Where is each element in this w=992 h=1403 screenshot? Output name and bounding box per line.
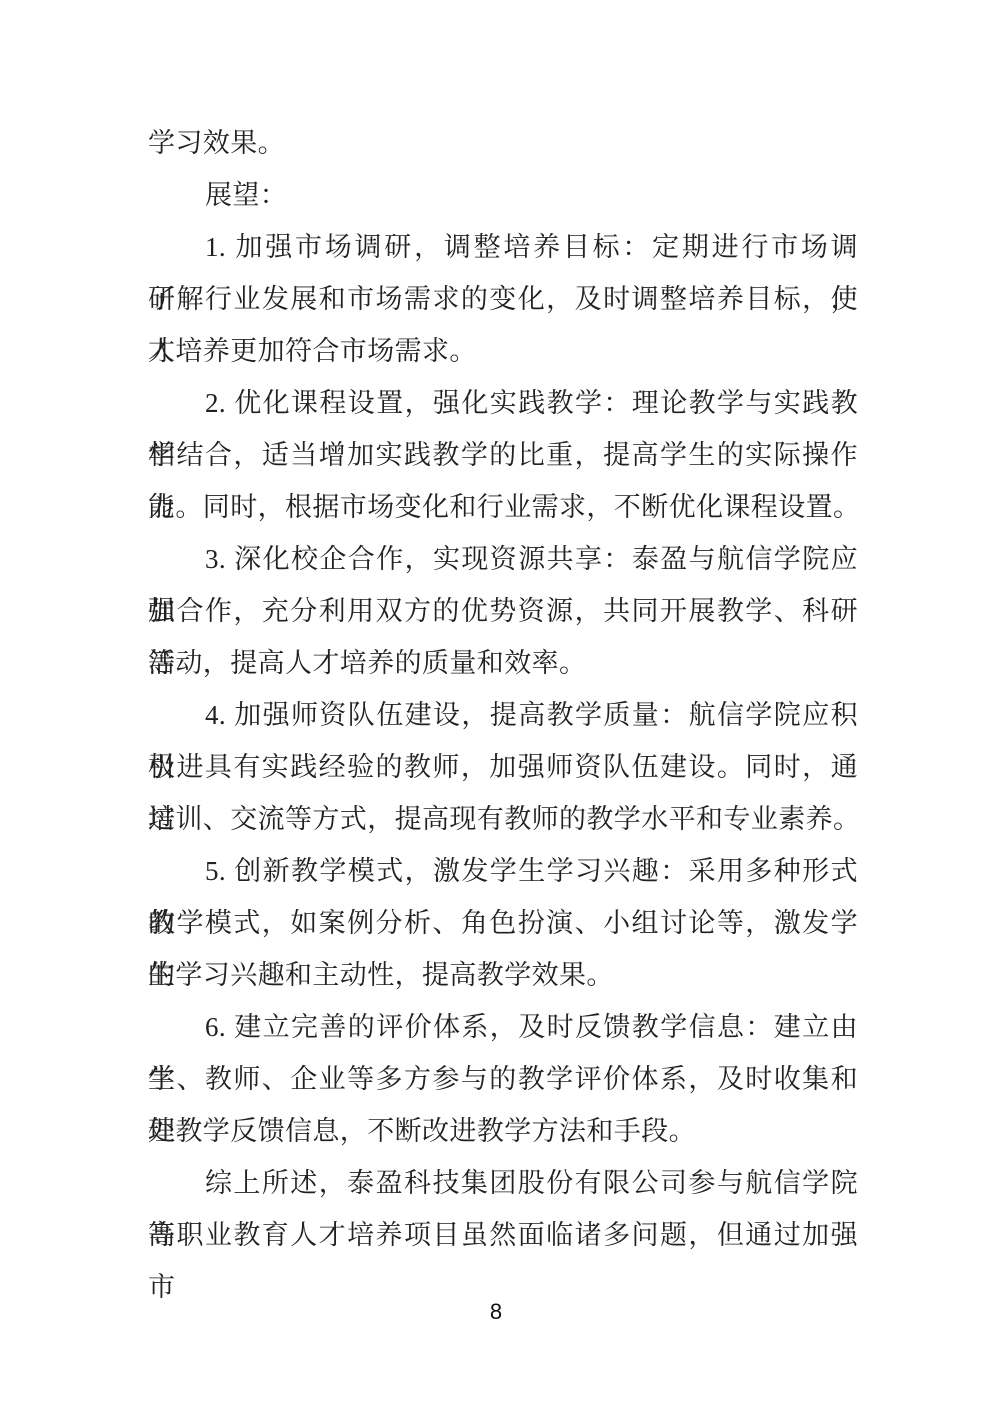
paragraph: 3. 深化校企合作，实现资源共享：泰盈与航信学院应加强合作，充分利用双方的优势资… <box>148 533 858 689</box>
text-line: 等职业教育人才培养项目虽然面临诸多问题，但通过加强市 <box>148 1209 858 1261</box>
document-page: 学习效果。展望：1. 加强市场调研，调整培养目标：定期进行市场调研，了解行业发展… <box>0 0 992 1403</box>
text-line: 才培养更加符合市场需求。 <box>148 325 858 377</box>
paragraph: 综上所述，泰盈科技集团股份有限公司参与航信学院高等职业教育人才培养项目虽然面临诸… <box>148 1157 858 1261</box>
text-line: 5. 创新教学模式，激发学生学习兴趣：采用多种形式的 <box>148 845 858 897</box>
paragraph: 4. 加强师资队伍建设，提高教学质量：航信学院应积极引进具有实践经验的教师，加强… <box>148 689 858 845</box>
text-line: 力。同时，根据市场变化和行业需求，不断优化课程设置。 <box>148 481 858 533</box>
paragraph: 学习效果。 <box>148 117 858 169</box>
paragraph: 2. 优化课程设置，强化实践教学：理论教学与实践教学相结合，适当增加实践教学的比… <box>148 377 858 533</box>
text-line: 6. 建立完善的评价体系，及时反馈教学信息：建立由学 <box>148 1001 858 1053</box>
text-line: 引进具有实践经验的教师，加强师资队伍建设。同时，通过 <box>148 741 858 793</box>
paragraph: 1. 加强市场调研，调整培养目标：定期进行市场调研，了解行业发展和市场需求的变化… <box>148 221 858 377</box>
text-line: 培训、交流等方式，提高现有教师的教学水平和专业素养。 <box>148 793 858 845</box>
paragraph: 5. 创新教学模式，激发学生学习兴趣：采用多种形式的教学模式，如案例分析、角色扮… <box>148 845 858 1001</box>
text-line: 生、教师、企业等多方参与的教学评价体系，及时收集和处 <box>148 1053 858 1105</box>
text-line: 1. 加强市场调研，调整培养目标：定期进行市场调研， <box>148 221 858 273</box>
paragraph: 展望： <box>148 169 858 221</box>
text-line: 活动，提高人才培养的质量和效率。 <box>148 637 858 689</box>
text-line: 的学习兴趣和主动性，提高教学效果。 <box>148 949 858 1001</box>
text-line: 4. 加强师资队伍建设，提高教学质量：航信学院应积极 <box>148 689 858 741</box>
text-line: 3. 深化校企合作，实现资源共享：泰盈与航信学院应加 <box>148 533 858 585</box>
page-number: 8 <box>0 1286 992 1338</box>
text-line: 教学模式，如案例分析、角色扮演、小组讨论等，激发学生 <box>148 897 858 949</box>
text-line: 学习效果。 <box>148 117 858 169</box>
paragraph: 6. 建立完善的评价体系，及时反馈教学信息：建立由学生、教师、企业等多方参与的教… <box>148 1001 858 1157</box>
text-line: 相结合，适当增加实践教学的比重，提高学生的实际操作能 <box>148 429 858 481</box>
text-line: 2. 优化课程设置，强化实践教学：理论教学与实践教学 <box>148 377 858 429</box>
text-line: 综上所述，泰盈科技集团股份有限公司参与航信学院高 <box>148 1157 858 1209</box>
text-line: 了解行业发展和市场需求的变化，及时调整培养目标，使人 <box>148 273 858 325</box>
text-line: 理教学反馈信息，不断改进教学方法和手段。 <box>148 1105 858 1157</box>
document-body: 学习效果。展望：1. 加强市场调研，调整培养目标：定期进行市场调研，了解行业发展… <box>148 117 858 1261</box>
text-line: 展望： <box>148 169 858 221</box>
text-line: 强合作，充分利用双方的优势资源，共同开展教学、科研等 <box>148 585 858 637</box>
